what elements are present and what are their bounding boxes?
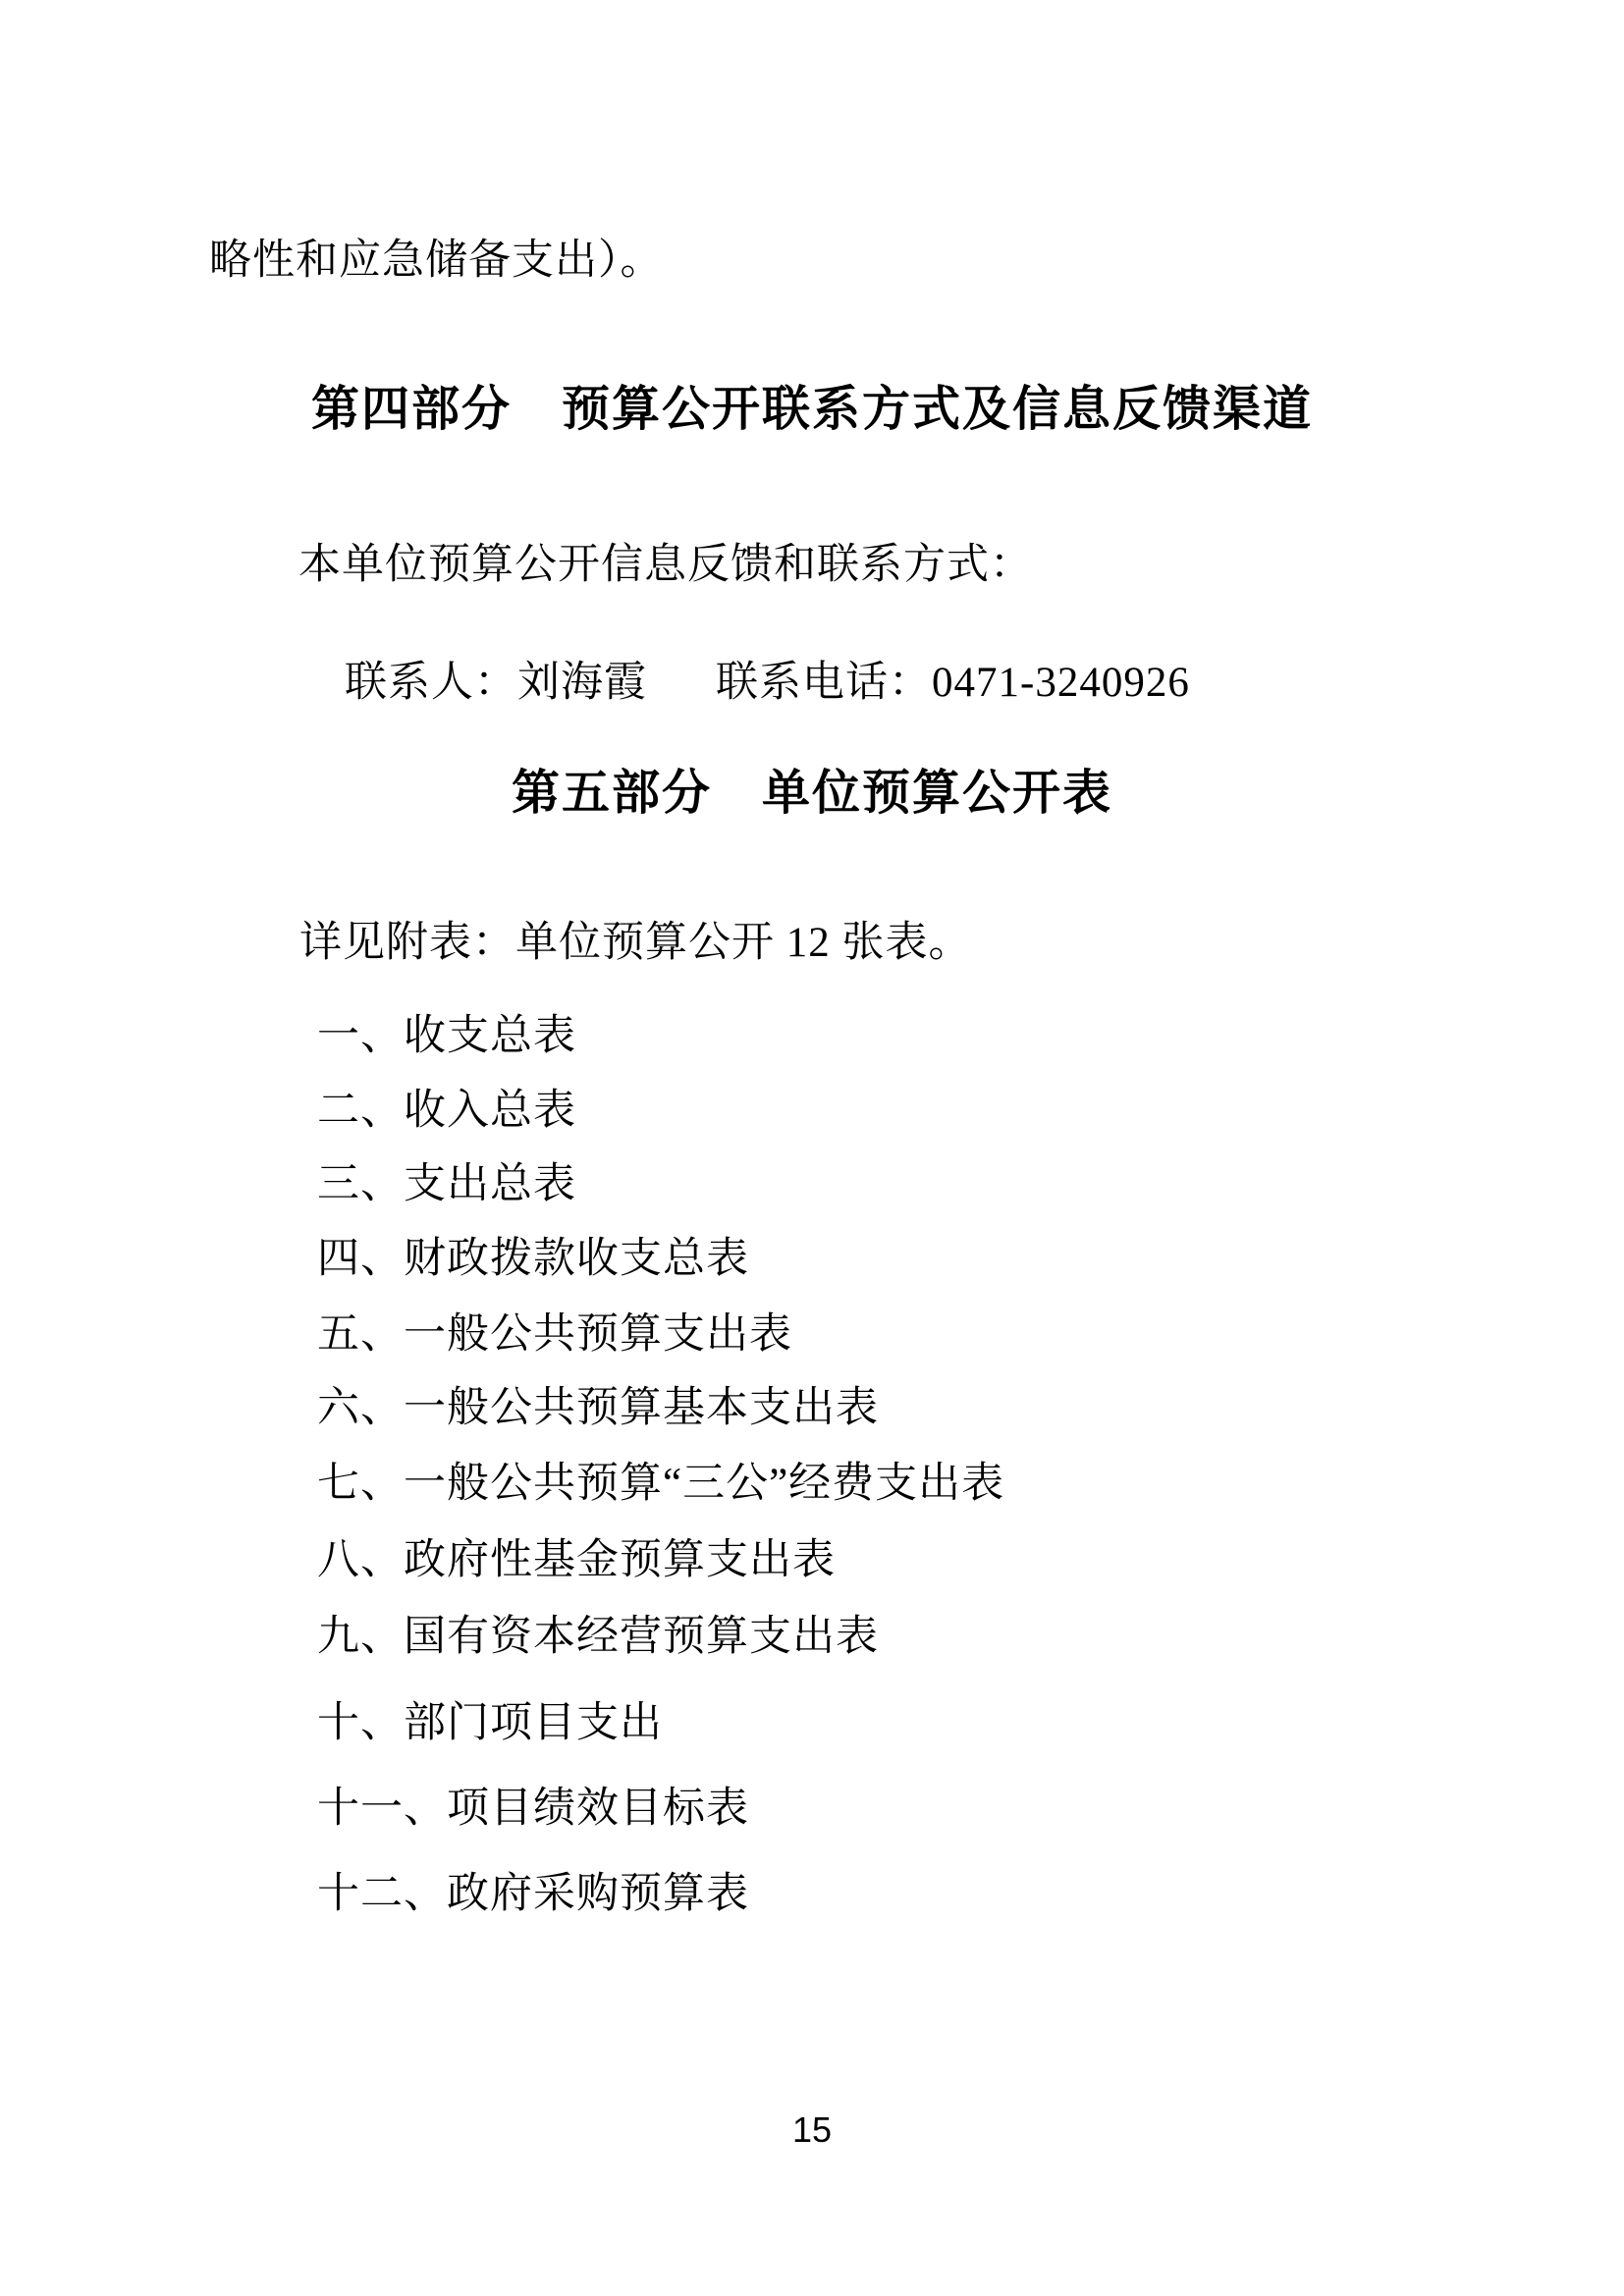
table-list-item: 八、政府性基金预算支出表: [317, 1539, 836, 1581]
continuation-text-line: 略性和应急储备支出）。: [209, 240, 664, 282]
section4-heading: 第四部分 预算公开联系方式及信息反馈渠道: [0, 385, 1624, 433]
section5-heading: 第五部分 单位预算公开表: [0, 769, 1624, 817]
contact-person-name: 刘海霞: [517, 660, 647, 706]
page-number: 15: [0, 2112, 1624, 2148]
table-list-item: 二、收入总表: [317, 1090, 576, 1132]
table-list-item: 一、收支总表: [317, 1015, 576, 1057]
table-list-item: 五、一般公共预算支出表: [317, 1313, 792, 1356]
attachment-intro-line: 详见附表：单位预算公开 12 张表。: [299, 922, 972, 964]
table-list-item: 九、国有资本经营预算支出表: [317, 1616, 879, 1658]
table-list-item: 七、一般公共预算“三公”经费支出表: [317, 1463, 1004, 1505]
contact-phone-label: 联系电话：: [716, 660, 932, 706]
contact-phone-number: 0471-3240926: [932, 660, 1190, 706]
contact-info-line: 联系人：刘海霞联系电话：0471-3240926: [298, 619, 1190, 746]
table-list-item: 十、部门项目支出: [317, 1702, 663, 1744]
contact-person-label: 联系人：: [345, 660, 517, 706]
table-list-item: 十一、项目绩效目标表: [317, 1788, 749, 1830]
table-list-item: 十二、政府采购预算表: [317, 1873, 749, 1915]
table-list-item: 四、财政拨款收支总表: [317, 1238, 749, 1280]
table-list-item: 三、支出总表: [317, 1163, 576, 1205]
document-page: 略性和应急储备支出）。 第四部分 预算公开联系方式及信息反馈渠道 本单位预算公开…: [0, 0, 1624, 2296]
table-list-item: 六、一般公共预算基本支出表: [317, 1387, 879, 1429]
contact-intro-line: 本单位预算公开信息反馈和联系方式：: [298, 544, 1033, 586]
